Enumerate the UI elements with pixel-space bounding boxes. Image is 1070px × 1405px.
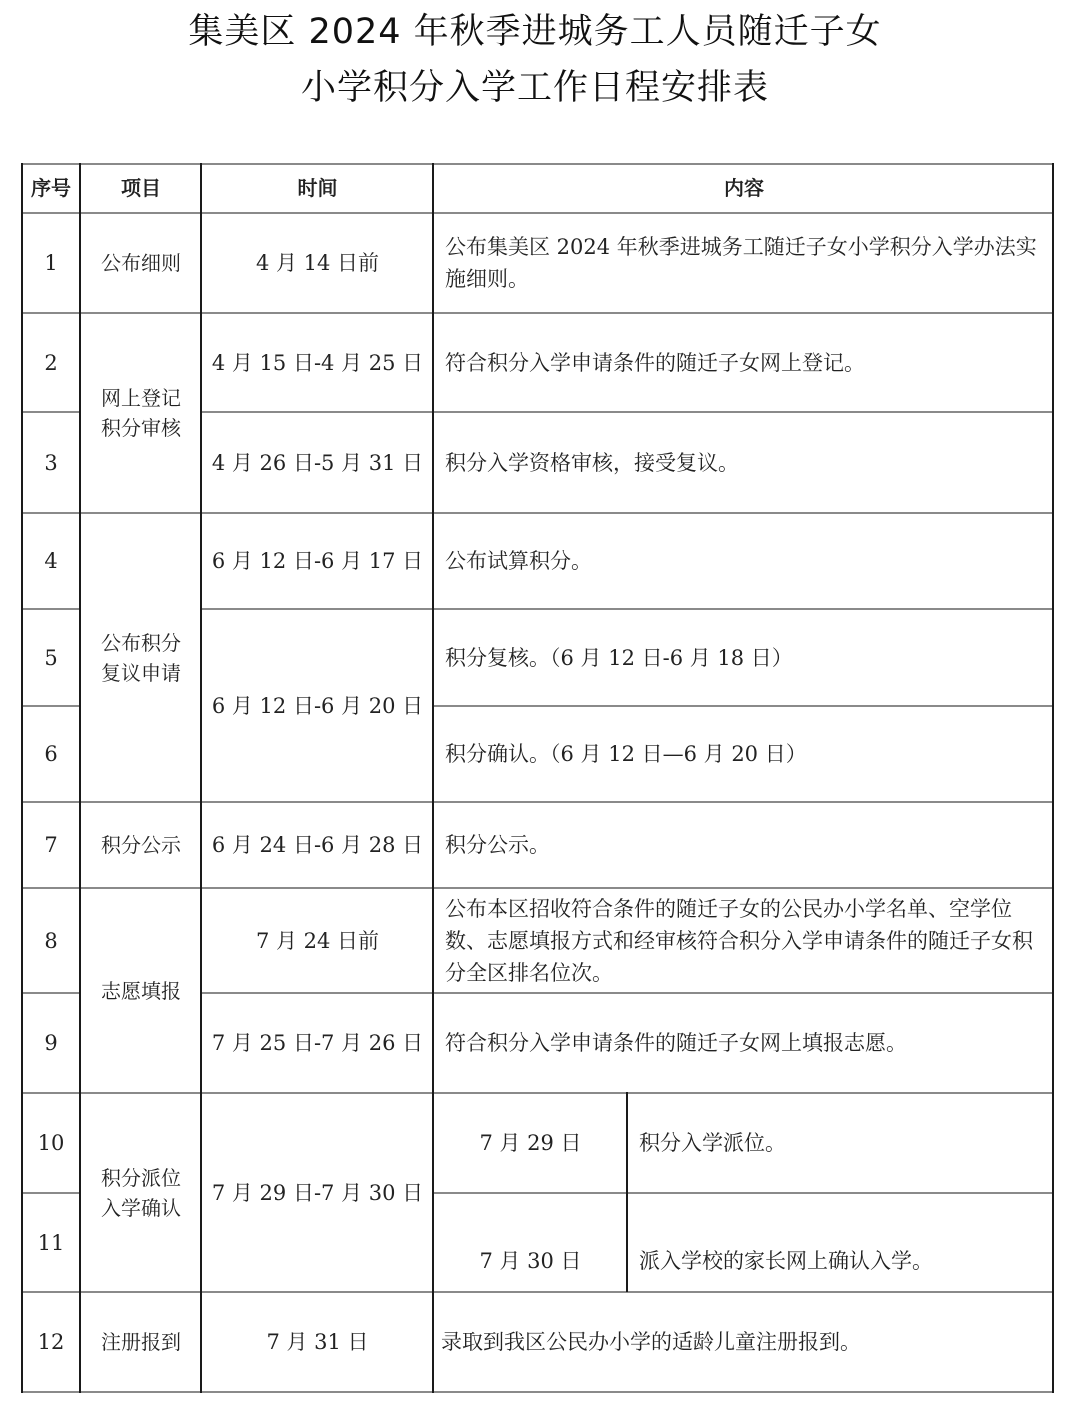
row-content: 录取到我区公民办小学的适龄儿童注册报到。	[434, 1292, 1054, 1392]
item-line: 复议申请	[101, 658, 181, 688]
row-sub-time: 7 月 30 日	[434, 1193, 627, 1292]
row-time: 4 月 26 日-5 月 31 日	[202, 412, 433, 513]
row-item-merged: 公布积分 复议申请	[81, 513, 201, 802]
row-seq: 7	[21, 802, 81, 888]
row-time: 7 月 25 日-7 月 26 日	[202, 993, 433, 1093]
row-seq: 5	[21, 609, 81, 706]
row-content: 公布集美区 2024 年秋季进城务工随迁子女小学积分入学办法实施细则。	[434, 213, 1054, 313]
row-content: 积分入学派位。	[628, 1093, 1054, 1193]
row-time: 7 月 24 日前	[202, 888, 433, 993]
row-item: 积分公示	[81, 802, 201, 888]
row-content: 积分入学资格审核，接受复议。	[434, 412, 1054, 513]
row-content: 符合积分入学申请条件的随迁子女网上登记。	[434, 313, 1054, 412]
row-seq: 12	[21, 1292, 81, 1392]
row-seq: 1	[21, 213, 81, 313]
item-line: 公布积分	[101, 628, 181, 658]
row-sub-time: 7 月 29 日	[434, 1093, 627, 1193]
row-item-merged: 网上登记 积分审核	[81, 313, 201, 513]
row-content: 公布试算积分。	[434, 513, 1054, 609]
header-time: 时间	[202, 163, 433, 213]
row-seq: 10	[21, 1093, 81, 1193]
row-time: 7 月 31 日	[202, 1292, 433, 1392]
row-item-merged: 志愿填报	[81, 888, 201, 1093]
schedule-table: 序号 项目 时间 内容 1 2 3 4 5 6 7 8 9 10 11 12 公…	[21, 163, 1054, 1393]
row-seq: 8	[21, 888, 81, 993]
row-content: 积分确认。（6 月 12 日—6 月 20 日）	[434, 706, 1054, 802]
item-line: 积分派位	[101, 1163, 181, 1193]
row-item-merged: 积分派位 入学确认	[81, 1093, 201, 1292]
document-title-line-2: 小学积分入学工作日程安排表	[0, 60, 1070, 110]
row-time-merged: 6 月 12 日-6 月 20 日	[202, 609, 433, 802]
item-line: 网上登记	[101, 383, 181, 413]
row-seq: 6	[21, 706, 81, 802]
row-content: 积分公示。	[434, 802, 1054, 888]
row-time: 4 月 14 日前	[202, 213, 433, 313]
header-content: 内容	[434, 163, 1054, 213]
row-time: 6 月 12 日-6 月 17 日	[202, 513, 433, 609]
item-line: 积分审核	[101, 413, 181, 443]
row-time-merged: 7 月 29 日-7 月 30 日	[202, 1093, 433, 1292]
row-seq: 3	[21, 412, 81, 513]
row-content: 派入学校的家长网上确认入学。	[628, 1193, 1054, 1292]
row-time: 6 月 24 日-6 月 28 日	[202, 802, 433, 888]
row-seq: 4	[21, 513, 81, 609]
row-content: 积分复核。（6 月 12 日-6 月 18 日）	[434, 609, 1054, 706]
row-item: 注册报到	[81, 1292, 201, 1392]
row-content: 公布本区招收符合条件的随迁子女的公民办小学名单、空学位数、志愿填报方式和经审核符…	[434, 888, 1054, 993]
item-line: 入学确认	[101, 1193, 181, 1223]
row-seq: 2	[21, 313, 81, 412]
header-seq: 序号	[21, 163, 81, 213]
row-seq: 11	[21, 1193, 81, 1292]
row-time: 4 月 15 日-4 月 25 日	[202, 313, 433, 412]
row-content: 符合积分入学申请条件的随迁子女网上填报志愿。	[434, 993, 1054, 1093]
row-seq: 9	[21, 993, 81, 1093]
header-item: 项目	[81, 163, 201, 213]
document-title-line-1: 集美区 2024 年秋季进城务工人员随迁子女	[0, 4, 1070, 54]
row-item: 公布细则	[81, 213, 201, 313]
